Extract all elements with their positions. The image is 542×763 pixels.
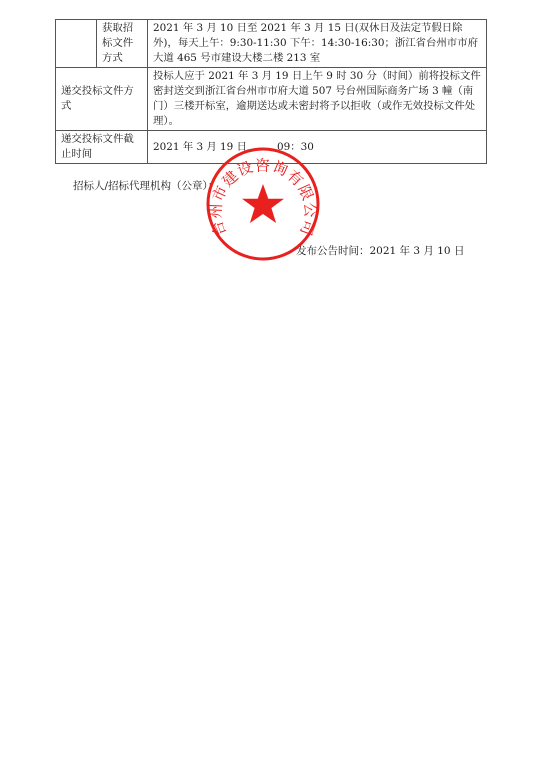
seal-text: 台州市建设咨询有限公司 (207, 156, 320, 238)
tender-info-table: 获取招标文件方式 2021 年 3 月 10 日至 2021 年 3 月 15 … (55, 19, 487, 164)
deadline-time: 09：30 (277, 141, 314, 153)
row-label-obtain-docs: 获取招标文件方式 (97, 20, 148, 68)
table-row: 获取招标文件方式 2021 年 3 月 10 日至 2021 年 3 月 15 … (56, 20, 487, 68)
row-label-submit-method: 递交投标文件方式 (56, 68, 148, 131)
table-row: 递交投标文件方式 投标人应于 2021 年 3 月 19 日上午 9 时 30 … (56, 68, 487, 131)
star-icon (242, 184, 284, 223)
publish-time: 发布公告时间：2021 年 3 月 10 日 (296, 243, 464, 258)
row-value-obtain-docs: 2021 年 3 月 10 日至 2021 年 3 月 15 日(双休日及法定节… (148, 20, 487, 68)
row-label-empty (56, 20, 97, 68)
table-row: 递交投标文件截止时间 2021 年 3 月 19 日09：30 (56, 131, 487, 164)
deadline-date: 2021 年 3 月 19 日 (153, 141, 247, 153)
document-page: 获取招标文件方式 2021 年 3 月 10 日至 2021 年 3 月 15 … (0, 0, 542, 763)
row-value-submit-method: 投标人应于 2021 年 3 月 19 日上午 9 时 30 分（时间）前将投标… (148, 68, 487, 131)
row-value-deadline: 2021 年 3 月 19 日09：30 (148, 131, 487, 164)
row-label-deadline: 递交投标文件截止时间 (56, 131, 148, 164)
signer-label: 招标人/招标代理机构（公章）： (73, 178, 218, 193)
